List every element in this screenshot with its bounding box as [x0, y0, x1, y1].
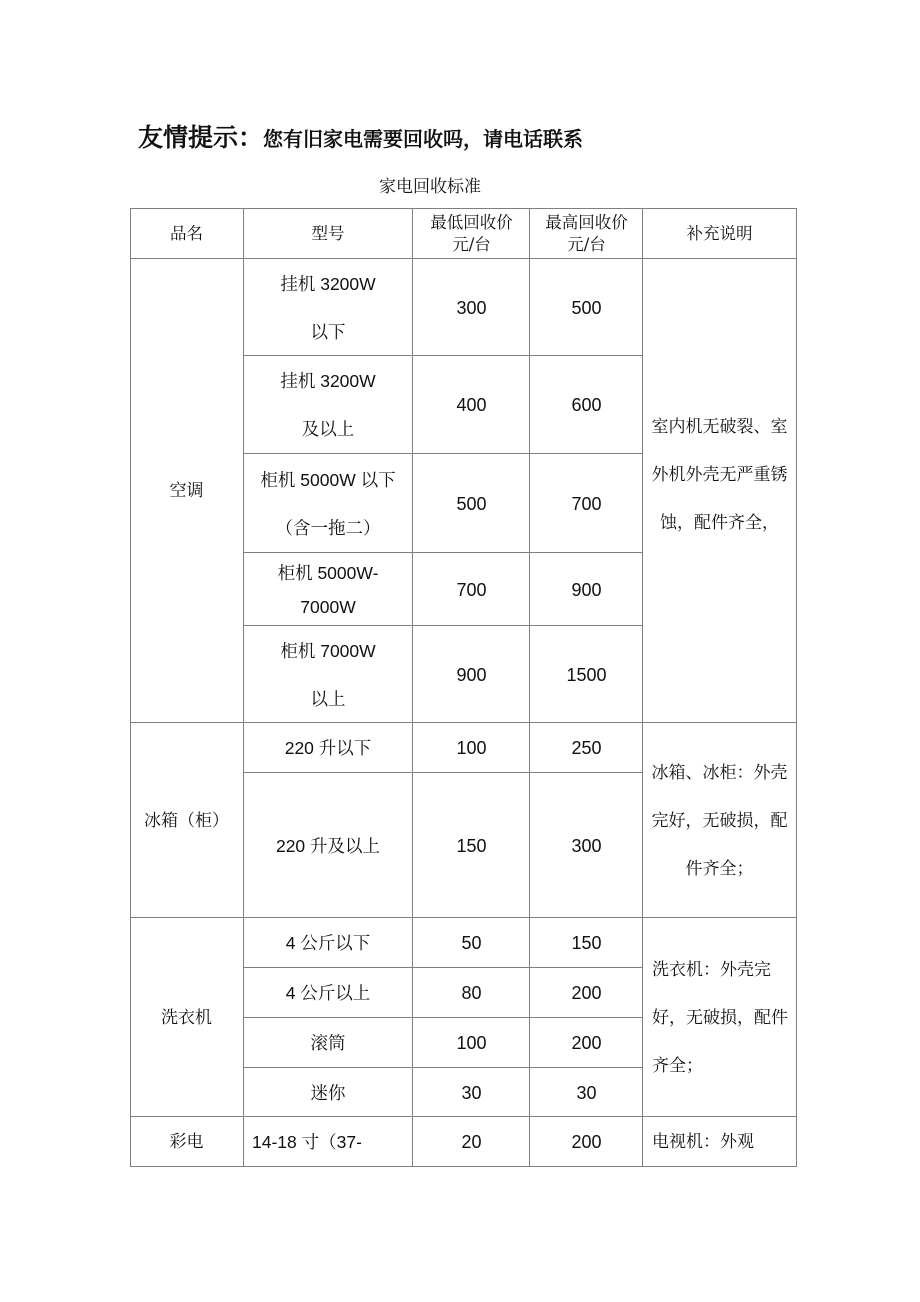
min-price-cell: 50 [413, 918, 530, 968]
min-price-cell: 400 [413, 356, 530, 454]
note-tv: 电视机：外观 [643, 1117, 796, 1167]
note-air-conditioner: 室内机无破裂、室外机外壳无严重锈蚀，配件齐全， [643, 259, 796, 723]
model-cell: 滚筒 [243, 1018, 413, 1068]
row-divider [243, 552, 643, 553]
note-washing-machine: 洗衣机：外壳完好，无破损，配件齐全； [643, 918, 796, 1117]
max-price-cell: 200 [530, 1018, 643, 1068]
category-refrigerator: 冰箱（柜） [130, 723, 243, 918]
min-price-cell: 150 [413, 773, 530, 918]
min-price-cell: 100 [413, 723, 530, 773]
table-border-top [130, 208, 797, 209]
row-divider [243, 1067, 643, 1068]
table-border-right [796, 208, 797, 1167]
model-cell: 柜机 5000W 以下（含一拖二） [243, 454, 413, 553]
header-name: 品名 [130, 209, 243, 259]
header-divider [130, 258, 797, 259]
model-cell: 挂机 3200W 以下 [243, 259, 413, 356]
max-price-cell: 900 [530, 553, 643, 626]
header-max-price-line1: 最高回收价 [545, 212, 628, 234]
header-model: 型号 [243, 209, 413, 259]
note-text: 室内机无破裂、室外机外壳无严重锈蚀，配件齐全， [649, 403, 790, 547]
min-price-cell: 700 [413, 553, 530, 626]
min-price-cell: 900 [413, 626, 530, 723]
model-cell: 220 升及以上 [243, 773, 413, 918]
model-cell: 挂机 3200W 及以上 [243, 356, 413, 454]
min-price-cell: 300 [413, 259, 530, 356]
group-divider [130, 722, 797, 723]
max-price-cell: 200 [530, 1117, 643, 1167]
row-divider [243, 355, 643, 356]
page-heading: 友情提示：您有旧家电需要回收吗，请电话联系 [138, 118, 583, 154]
row-divider [243, 625, 643, 626]
table-border-bottom [130, 1166, 797, 1167]
max-price-cell: 150 [530, 918, 643, 968]
column-divider [529, 208, 530, 1167]
header-note: 补充说明 [643, 209, 796, 259]
header-min-price-line2: 元/台 [452, 234, 491, 256]
header-min-price-line1: 最低回收价 [430, 212, 513, 234]
max-price-cell: 1500 [530, 626, 643, 723]
group-divider [130, 917, 797, 918]
column-divider [412, 208, 413, 1167]
max-price-cell: 500 [530, 259, 643, 356]
heading-lead: 友情提示： [138, 123, 263, 152]
max-price-cell: 700 [530, 454, 643, 553]
model-cell: 柜机 7000W 以上 [243, 626, 413, 723]
max-price-cell: 600 [530, 356, 643, 454]
row-divider [243, 1017, 643, 1018]
category-air-conditioner: 空调 [130, 259, 243, 723]
header-min-price: 最低回收价 元/台 [413, 209, 530, 259]
min-price-cell: 30 [413, 1068, 530, 1117]
row-divider [243, 453, 643, 454]
max-price-cell: 30 [530, 1068, 643, 1117]
row-divider [243, 772, 643, 773]
min-price-cell: 500 [413, 454, 530, 553]
table-border-left [130, 208, 131, 1167]
model-cell: 4 公斤以下 [243, 918, 413, 968]
note-refrigerator: 冰箱、冰柜：外壳完好，无破损，配件齐全； [643, 723, 796, 918]
min-price-cell: 20 [413, 1117, 530, 1167]
column-divider [642, 208, 643, 1167]
header-max-price: 最高回收价 元/台 [530, 209, 643, 259]
category-tv: 彩电 [130, 1117, 243, 1167]
header-max-price-line2: 元/台 [567, 234, 606, 256]
row-divider [243, 967, 643, 968]
model-cell: 14-18 寸（37- [243, 1117, 413, 1167]
max-price-cell: 300 [530, 773, 643, 918]
min-price-cell: 80 [413, 968, 530, 1018]
table-caption: 家电回收标准 [0, 172, 860, 197]
model-cell: 220 升以下 [243, 723, 413, 773]
model-cell: 柜机 5000W-7000W [243, 553, 413, 626]
group-divider [130, 1116, 797, 1117]
category-washing-machine: 洗衣机 [130, 918, 243, 1117]
model-cell: 4 公斤以上 [243, 968, 413, 1018]
model-cell: 迷你 [243, 1068, 413, 1117]
max-price-cell: 250 [530, 723, 643, 773]
column-divider [243, 208, 244, 1167]
heading-text: 您有旧家电需要回收吗，请电话联系 [263, 127, 583, 151]
min-price-cell: 100 [413, 1018, 530, 1068]
max-price-cell: 200 [530, 968, 643, 1018]
